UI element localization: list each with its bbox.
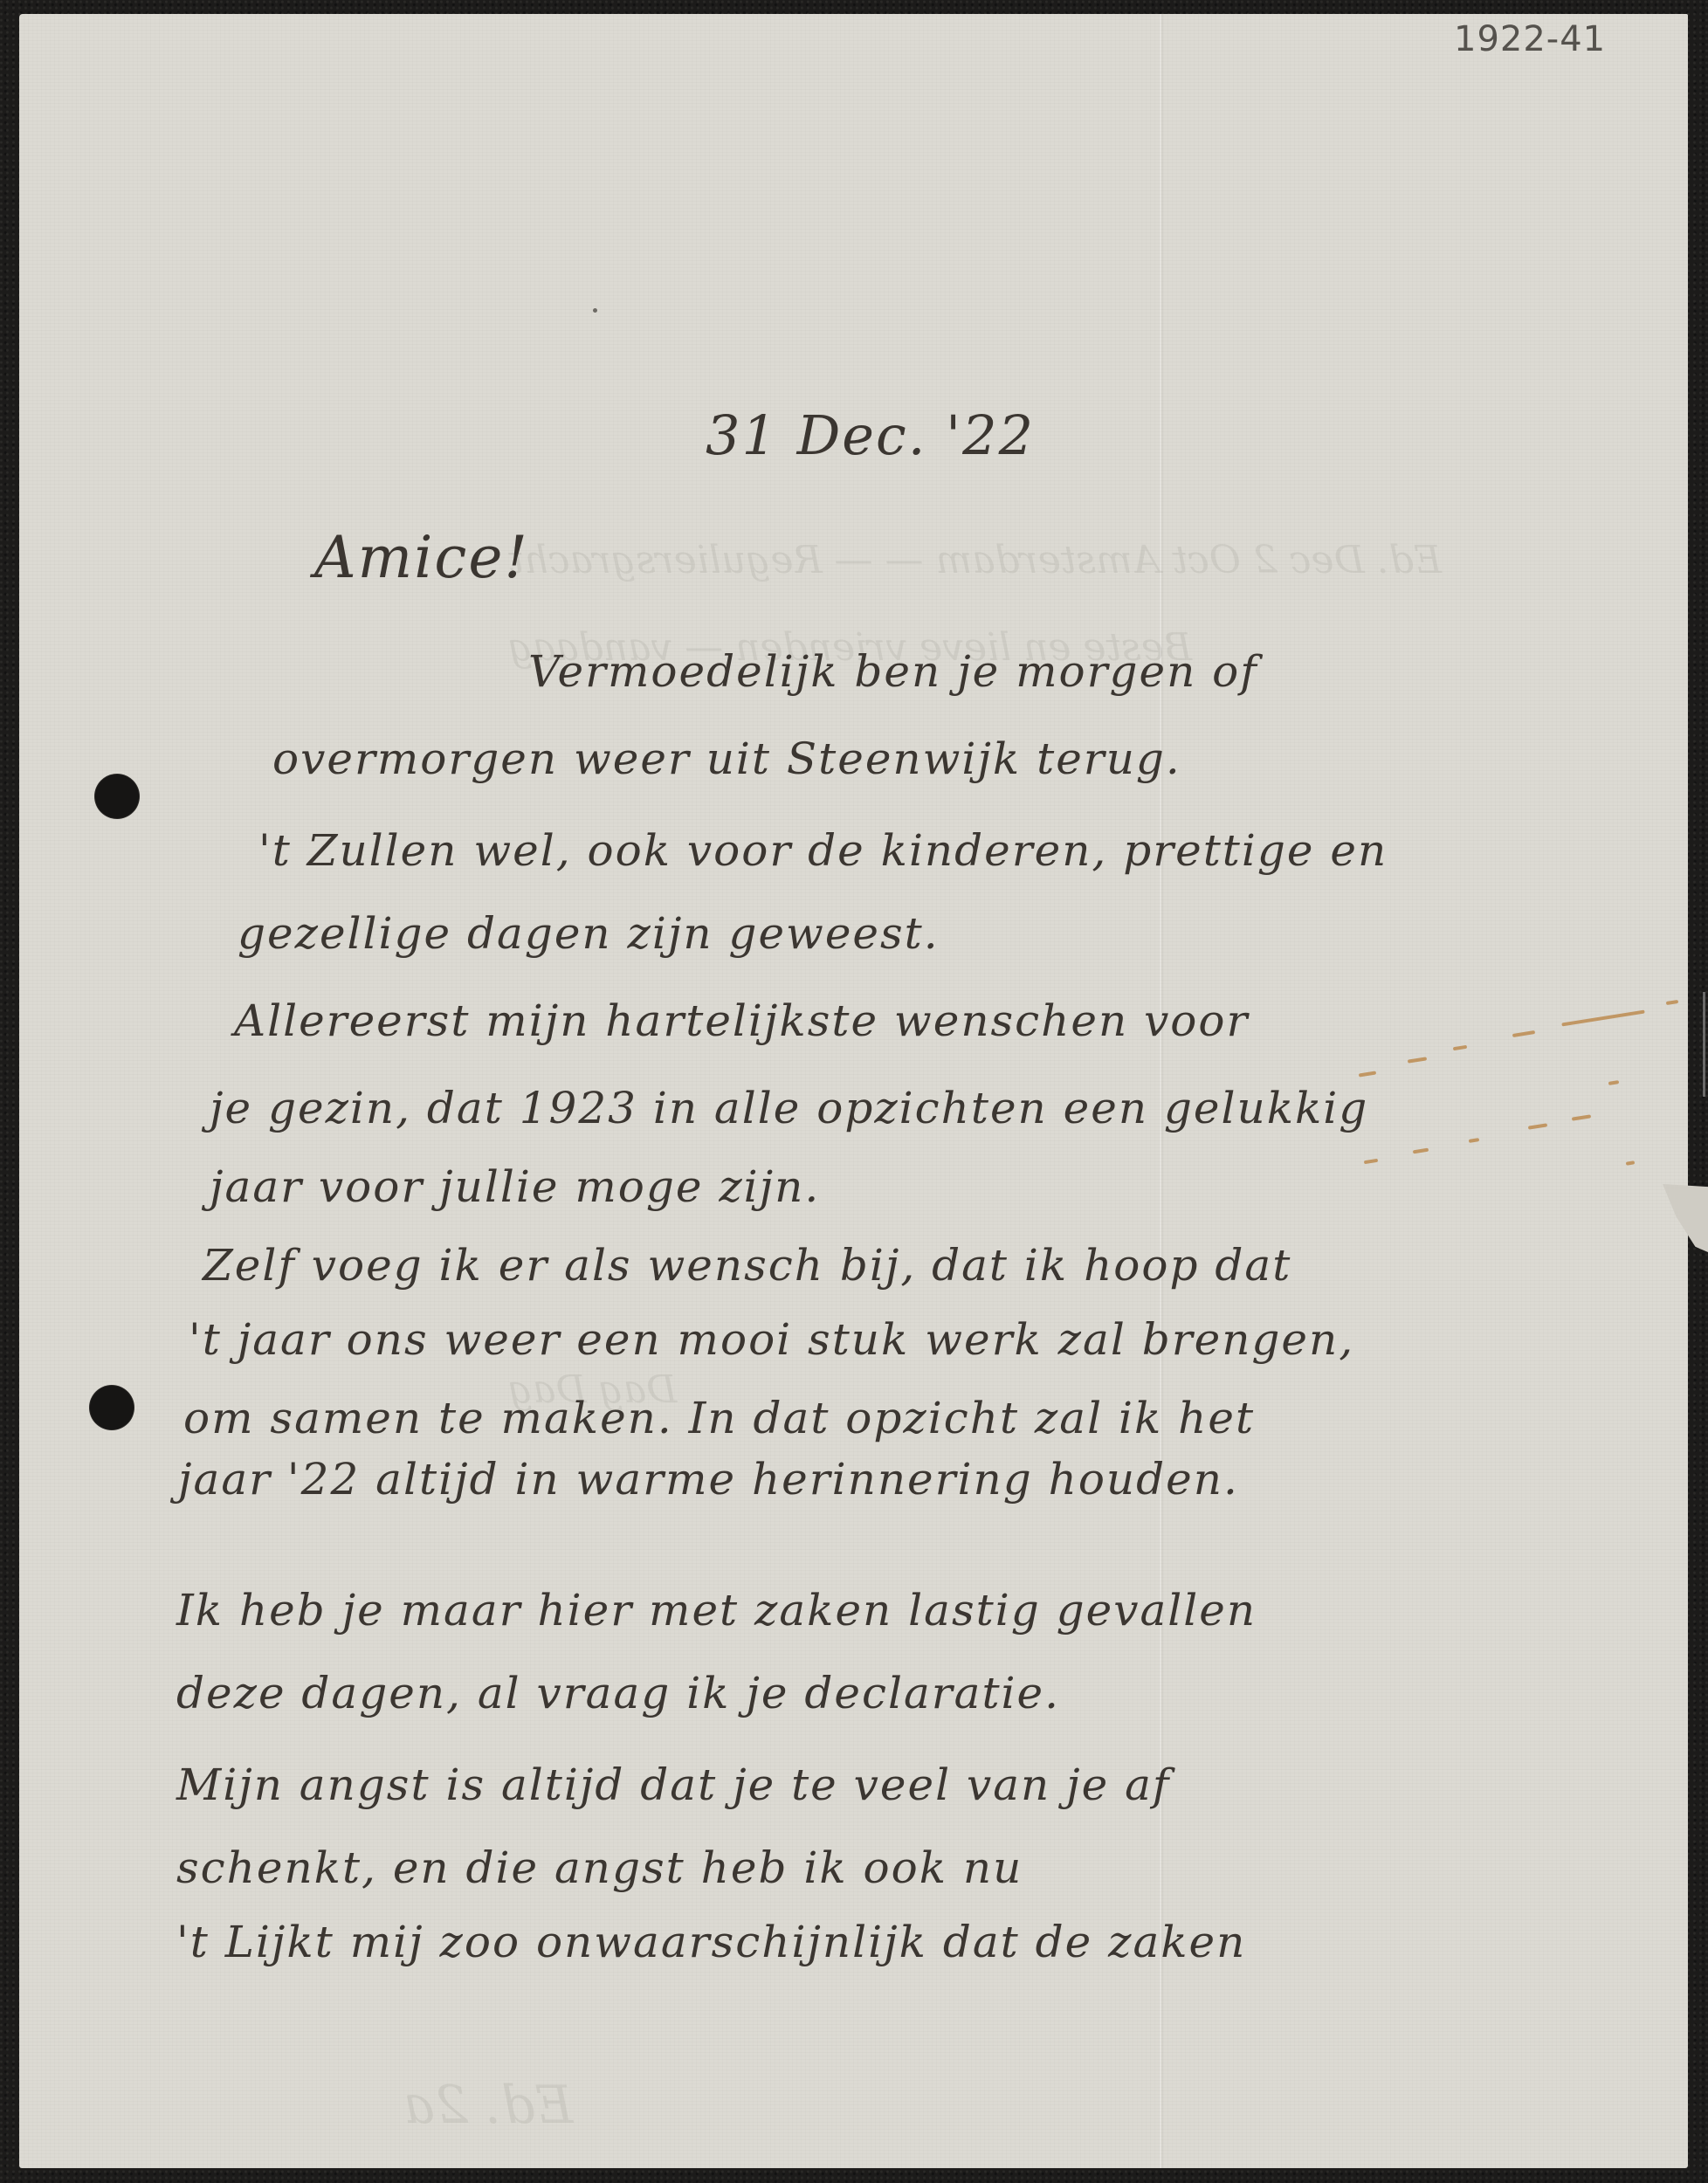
letter-line: je gezin, dat 1923 in alle opzichten een… [210, 1083, 1368, 1133]
rust-speck [1469, 1138, 1479, 1143]
punch-hole [90, 1386, 134, 1429]
rust-speck [1512, 1030, 1535, 1037]
rust-speck [1413, 1148, 1429, 1154]
show-through-signature: Ed. 2a [403, 2075, 573, 2136]
letter-line: 't jaar ons weer een mooi stuk werk zal … [189, 1314, 1354, 1365]
rust-speck [1572, 1114, 1591, 1120]
paper-fold-edge [1703, 992, 1705, 1097]
rust-speck [1528, 1123, 1547, 1129]
rust-speck [1408, 1057, 1427, 1063]
rust-speck [1561, 1010, 1644, 1027]
rust-speck [1626, 1160, 1636, 1166]
letter-line: om samen te maken. In dat opzicht zal ik… [183, 1393, 1255, 1443]
letter-line: jaar '22 altijd in warme herinnering hou… [178, 1454, 1239, 1505]
letter-line: overmorgen weer uit Steenwijk terug. [272, 733, 1181, 784]
punch-hole [95, 775, 139, 818]
letter-line: Vermoedelijk ben je morgen of [528, 646, 1258, 697]
rust-speck [1666, 1000, 1678, 1005]
letter-line: 't Lijkt mij zoo onwaarschijnlijk dat de… [176, 1917, 1246, 1967]
letter-line: deze dagen, al vraag ik je declaratie. [176, 1668, 1060, 1718]
letter-line: schenkt, en die angst heb ik ook nu [176, 1842, 1023, 1893]
letter-line: Zelf voeg ik er als wensch bij, dat ik h… [203, 1240, 1291, 1291]
ink-dot [593, 308, 597, 313]
rust-speck [1364, 1159, 1378, 1164]
rust-speck [1608, 1080, 1619, 1085]
show-through-text: Ed. Dec 2 Oct Amsterdam — — Reguliersgra… [508, 538, 1442, 582]
rust-speck [1359, 1071, 1376, 1077]
torn-corner [1663, 1184, 1708, 1252]
letter-line: 't Zullen wel, ook voor de kinderen, pre… [258, 825, 1388, 876]
letter-line: Mijn angst is altijd dat je te veel van … [176, 1759, 1170, 1810]
rust-speck [1453, 1045, 1467, 1050]
letter-date: 31 Dec. '22 [706, 403, 1035, 467]
letter-line: gezellige dagen zijn geweest. [238, 908, 940, 959]
letter-line: jaar voor jullie moge zijn. [210, 1161, 820, 1212]
salutation: Amice! [314, 524, 529, 591]
archive-reference: 1922-41 [1454, 19, 1606, 59]
letter-line: Allereerst mijn hartelijkste wenschen vo… [234, 995, 1249, 1046]
letter-line: Ik heb je maar hier met zaken lastig gev… [176, 1585, 1257, 1636]
